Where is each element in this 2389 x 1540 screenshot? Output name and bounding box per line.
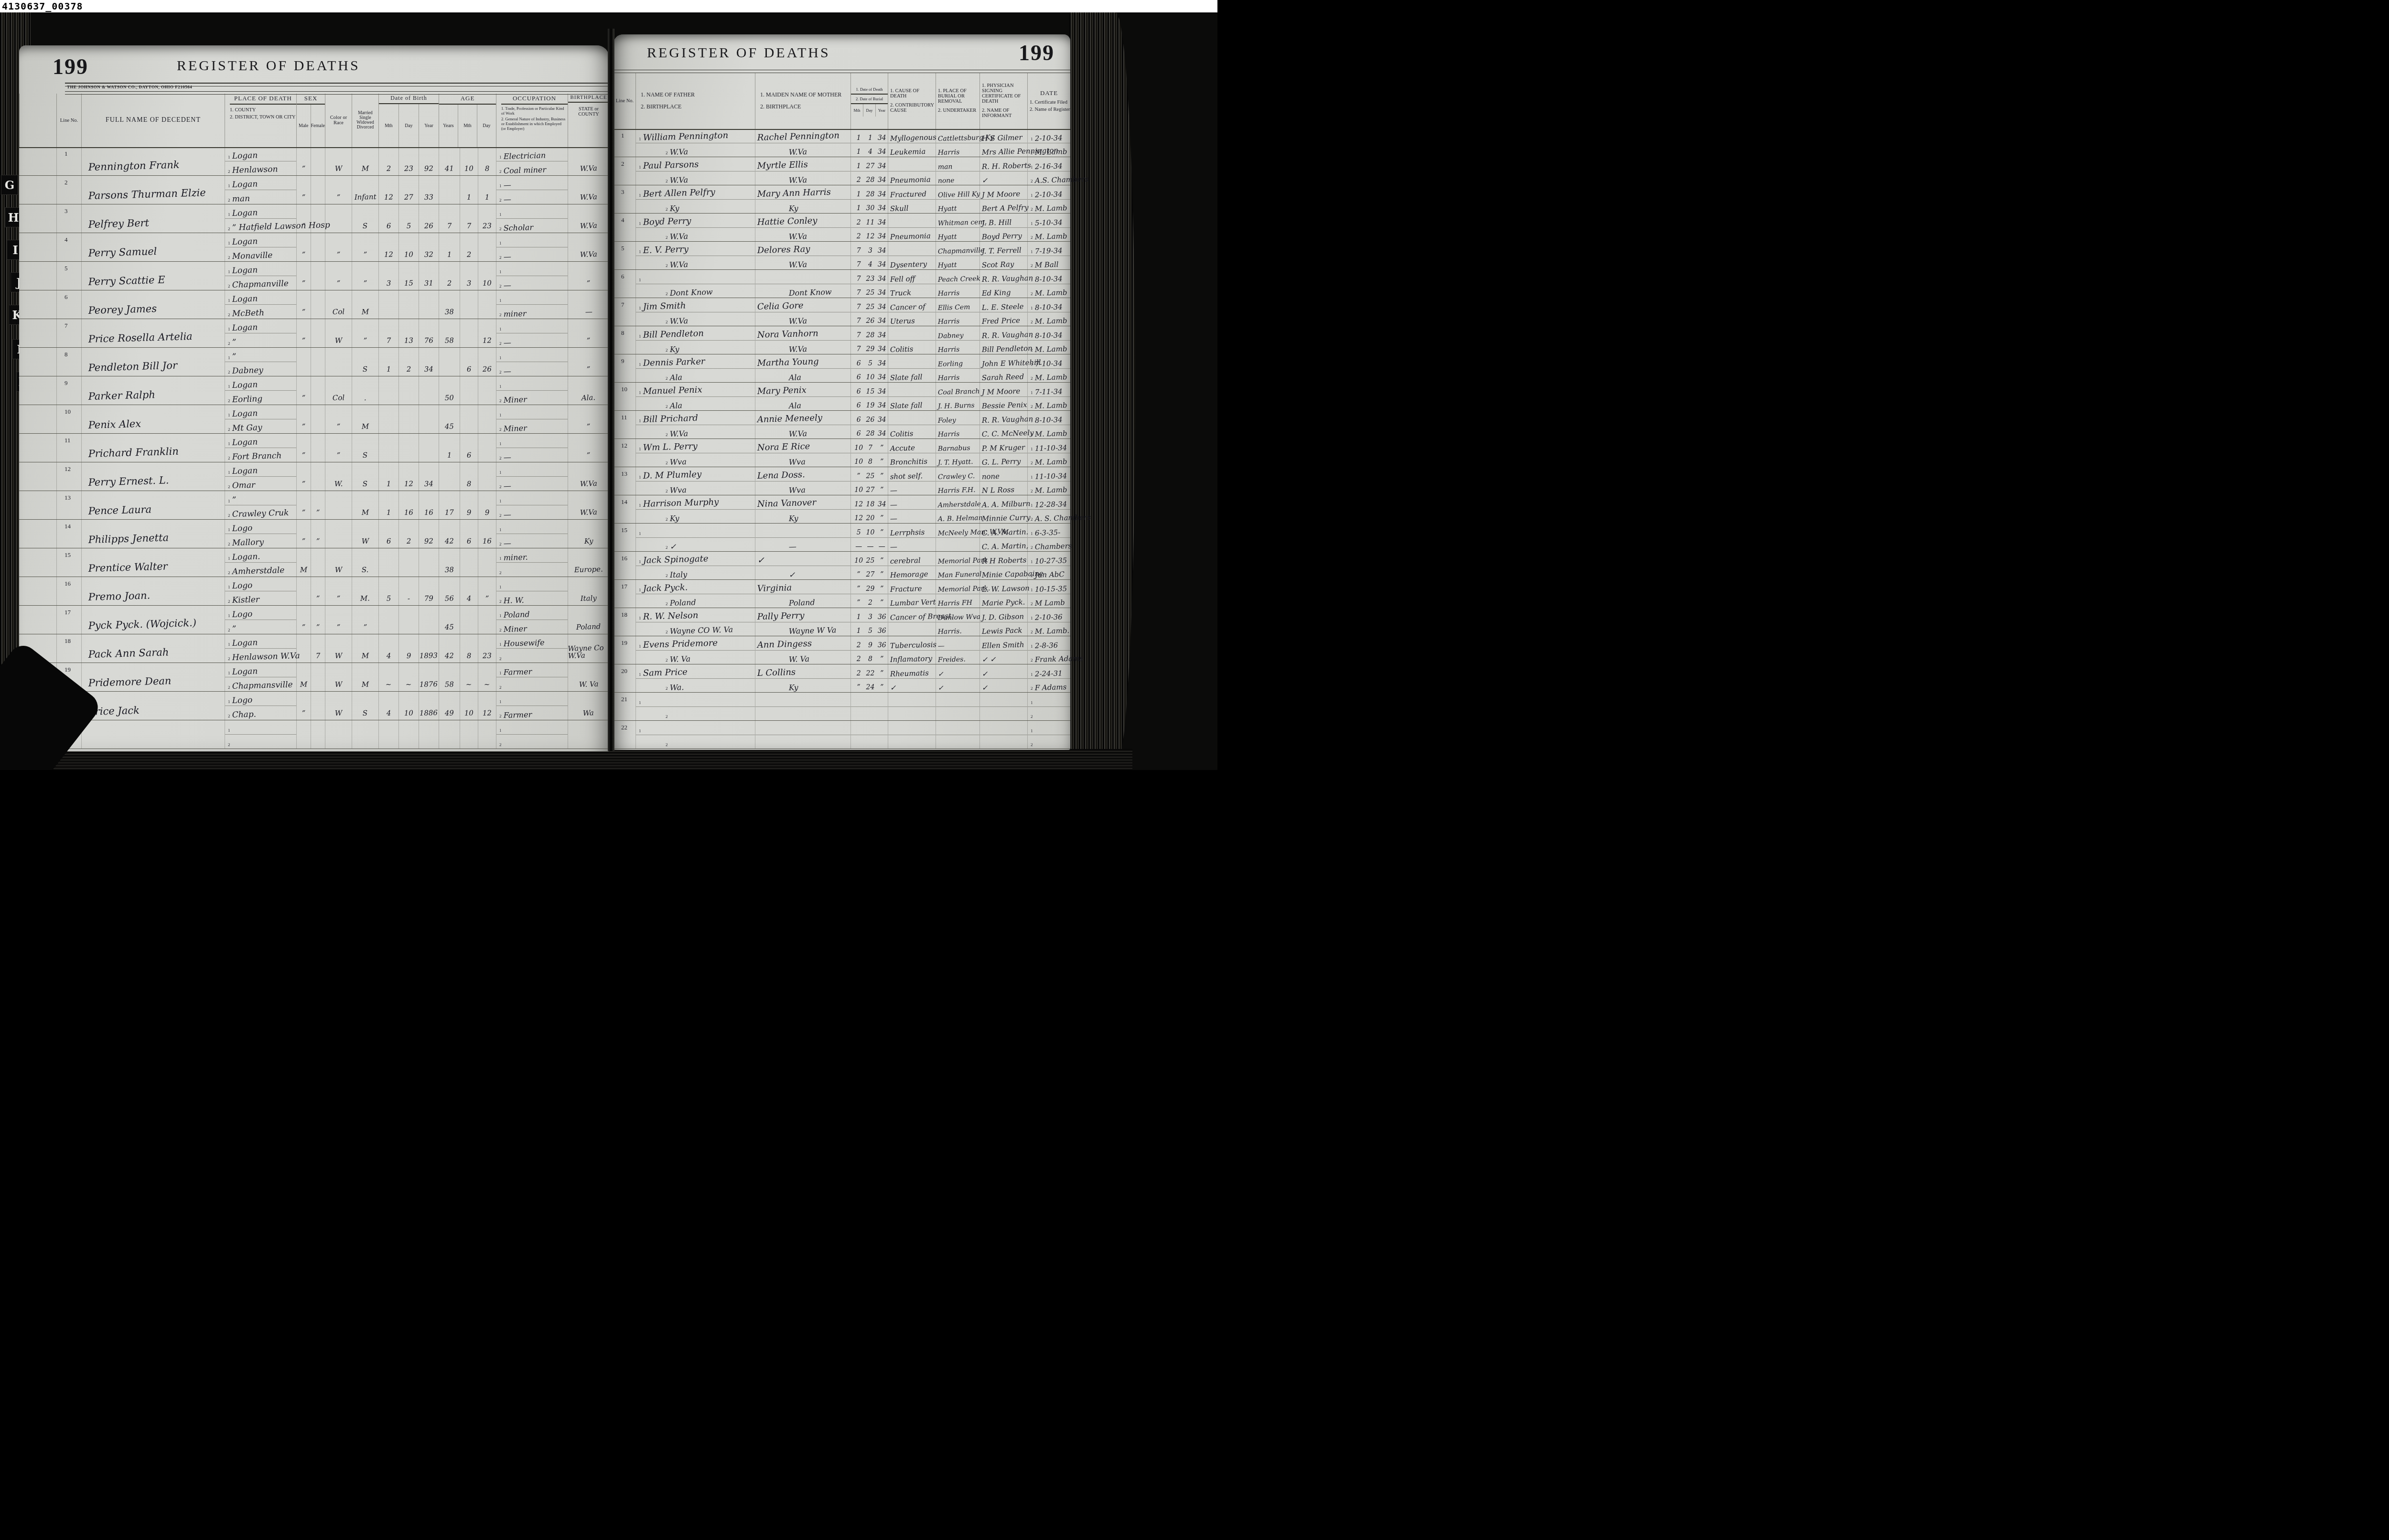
age-days [478,434,496,462]
occupation-trade: 1 [496,491,568,505]
handwritten-value: ” [880,458,883,466]
undertaker: Harris. [936,622,979,636]
handwritten-value: ” [880,557,883,565]
handwritten-value: W.Va [580,165,597,172]
occupation-trade: 1Poland [496,606,568,620]
date-part: 1 [853,148,864,156]
primary-cause [888,383,936,397]
date-part: 25 [864,472,876,481]
age-days: 23 [478,634,496,663]
filing: 18-10-342M. Lamb [1027,270,1070,298]
handwritten-value: Parsons Thurman Elzie [88,188,206,201]
printed-line-marker: 2 [666,545,668,550]
date-trio: ——— [853,542,888,551]
burial: Crawley C.Harris F.H. [936,467,979,495]
date-part: 12 [864,232,876,241]
color-race-value: Col [325,290,352,319]
handwritten-value: ” [301,251,305,258]
handwritten-value: S [363,481,368,488]
register-name: 2M. Lamb. [1028,622,1070,636]
handwritten-value: 25 [866,472,875,480]
handwritten-value: 16 [483,537,492,545]
line-number: 4 [56,233,81,261]
printed-line-marker: 2 [666,489,668,493]
handwritten-value: 5-10-34 [1034,219,1062,227]
physician-name: Ellen Smith [980,636,1027,651]
handwritten-value: - [408,595,410,602]
date-trio: 21234 [853,232,888,241]
handwritten-value: Pneumonia [890,233,931,241]
handwritten-value: Logan [232,410,258,418]
mother-birthplace: W.Va [755,143,850,157]
decedent-name: Parker Ralph [81,376,225,405]
occupation: 1Electrician2Coal miner [496,147,568,175]
primary-cause: Lerrphsis [888,524,936,538]
handwritten-value: — [503,368,511,375]
handwritten-value: 34 [878,360,886,367]
handwritten-value: 23 [483,222,492,230]
handwritten-value: 34 [878,416,886,424]
line-number-text: 14 [57,520,81,530]
line-number: 19 [613,636,635,664]
line-number-text: 5 [613,242,635,252]
cause-of-death: Lerrphsis— [888,524,936,551]
occupation-trade: 1 [496,520,568,534]
marital-status-value: S [352,434,378,462]
date-part: 7 [853,275,864,283]
physician-informant: R. R. VaughanEd King [979,270,1027,298]
handwritten-value: 2 [857,233,861,240]
marital-status-value: S [352,692,378,720]
age-months: 6 [460,434,478,462]
informant-name: C. C. McNeely [980,425,1027,439]
handwritten-value: 8 [466,652,471,660]
informant-name: Bert A Pelfry [980,200,1027,214]
printed-line-marker: 1 [499,355,502,360]
date-part: 1 [864,134,876,142]
register-row: 211212 [613,693,1070,721]
occupation: 12Miner [496,405,568,433]
certificate-filed-date: 18-10-34 [1028,298,1070,312]
date-part: 10 [853,486,864,494]
contributory-cause: Pneumonia [888,171,936,185]
col-informant: 2. NAME OF INFORMANT [982,108,1027,118]
handwritten-value: ” [880,514,883,522]
printed-line-marker: 2 [228,198,230,203]
death-burial-dates: 2113421234 [850,214,888,241]
row-margin [19,147,56,175]
father-name: 1E. V. Perry [636,242,755,256]
occupation: 1Farmer2 [496,663,568,691]
date-trio: 61934 [853,401,888,410]
date-of-death: 72534 [851,298,888,312]
date-part: ” [876,486,888,494]
handwritten-value: 11 [866,219,875,226]
dob-part: 1 [378,462,398,491]
line-number-text: 10 [57,405,81,416]
dob-part [398,290,419,319]
line-number-text: 4 [57,233,81,244]
col-date-of-death: 1. Date of Death [851,85,888,95]
dob-part: 4 [378,692,398,720]
sex-male-mark: ” [296,520,311,548]
cause-of-death: FracturedSkull [888,185,936,213]
father: 1William Pennington2W.Va [635,129,755,157]
dob-part [378,548,398,577]
date-of-burial: 72534 [851,284,888,298]
date-part: 1 [853,627,864,635]
place-of-death: 1Logan2” [225,319,296,347]
sex-male-mark: ” [296,606,311,634]
handwritten-value: ” [336,280,340,287]
age-days [478,290,496,319]
printed-line-marker: 1 [228,298,230,303]
printed-line-marker: 2 [666,207,668,212]
burial: Dunlow WvaHarris. [936,608,979,636]
dob-part: 79 [419,577,439,605]
dob-part [378,376,398,405]
handwritten-value: ” [316,595,320,602]
line-number-text: 3 [613,185,635,196]
handwritten-value: Miner [503,396,527,404]
handwritten-value: W.Va [789,233,807,241]
informant-name: Fred Price [980,312,1027,326]
handwritten-value: Chapmanville [232,280,289,289]
dob-part: ~ [378,663,398,691]
printed-line-marker: 1 [499,298,502,303]
printed-line-marker: 2 [666,432,668,437]
dob-part [419,405,439,433]
left-page: 199 REGISTER OF DEATHS THE JOHNSON & WAT… [19,45,609,751]
printed-line-marker: 2 [228,656,230,661]
col-marital: Married Single Widowed Divorced [352,111,378,130]
age-months [460,376,478,405]
date-part: 9 [864,641,876,650]
age-days [478,462,496,491]
handwritten-value: M. [360,595,370,602]
handwritten-value: Dont Know [669,288,712,297]
col-undertaker: 2. UNDERTAKER [938,108,976,113]
burial: AmherstdaleA. B. Helman [936,495,979,523]
date-of-burial: 108” [851,453,888,467]
handwritten-value: 8-10-34 [1034,416,1062,424]
handwritten-value: Dennis Parker [643,357,705,368]
date-part: 7 [853,317,864,325]
handwritten-value: Poland [669,599,696,607]
place-county: 1Logan [225,262,296,276]
date-part: 24 [864,683,876,692]
place-of-death: 1Logan2Monaville [225,233,296,261]
mother-maiden-name: Ann Dingess [755,636,850,651]
handwritten-value: ” [587,366,591,373]
handwritten-value: ✓ [890,684,896,692]
mother: Myrtle EllisW.Va [755,157,850,185]
printed-line-marker: 2 [1031,207,1033,212]
handwritten-value: Colitis [890,346,914,353]
register-name: 2M. Lamb [1028,284,1070,298]
handwritten-value: W.Va [669,430,688,438]
mother-maiden-name: Annie Meneely [755,411,850,425]
informant-name: C. A. Martin, [980,538,1027,552]
dob-part: 12 [398,462,419,491]
handwritten-value: W.Va [789,317,807,325]
age-days [478,376,496,405]
printed-line-marker: 1 [639,165,641,170]
line-number-text: 17 [57,606,81,616]
contributory-cause: Hemorage [888,566,936,580]
handwritten-value: W. Va [669,655,690,663]
handwritten-value: 34 [878,303,886,311]
handwritten-value: 10-15-35 [1034,585,1067,593]
handwritten-value: Marie Pyck. [982,599,1025,607]
handwritten-value: 2-24-31 [1034,670,1062,678]
handwritten-value: Dabney [232,366,263,375]
handwritten-value: Dabney [938,332,964,339]
handwritten-value: 15 [866,388,875,396]
certificate-filed-date: 12-24-31 [1028,664,1070,679]
date-of-death [851,693,888,707]
handwritten-value: ” [363,624,367,631]
handwritten-value: Harris [938,318,960,325]
register-name: 2M. Lamb [1028,453,1070,467]
contributory-cause: — [888,510,936,524]
handwritten-value: Logan. [232,553,260,562]
handwritten-value: man [938,163,953,171]
birthplace-value: W.Va [568,462,609,491]
handwritten-value: 1 [447,452,452,459]
occupation: 1Housewife2 [496,634,568,663]
handwritten-value: Europe. [574,566,603,574]
handwritten-value: 28 [866,332,875,339]
sex-male-mark: ” [296,290,311,319]
birthplace-value: Poland [568,606,609,634]
age-years: 58 [439,663,460,691]
sex-female-mark [311,147,325,175]
place-of-burial: Olive Hill Ky [936,185,979,200]
handwritten-value: 8 [868,458,872,466]
occupation: 12miner [496,290,568,319]
handwritten-value: ” [301,280,305,287]
father-birthplace: 2W.Va [636,425,755,439]
date-part: 7 [853,345,864,353]
occupation-trade: 1Electrician [496,147,568,161]
handwritten-value: M [300,681,307,688]
line-number-text: 10 [613,383,635,393]
printed-line-marker: 1 [639,221,641,226]
handwritten-value: Logo [232,524,252,533]
register-name: 2M. Lamb [1028,481,1070,495]
date-part: 8 [864,655,876,663]
line-number-text: 11 [57,434,81,444]
cause-of-death: Pneumonia [888,157,936,185]
col-age-mth: Mth [458,105,477,147]
handwritten-value: 7 [386,337,391,344]
line-number: 10 [56,405,81,433]
decedent-name: Pyck Pyck. (Wojcick.) [81,606,225,634]
line-number-text: 21 [613,693,635,703]
date-part: 28 [864,176,876,184]
mother-birthplace: — [755,538,850,552]
place-of-death: 1Logan.2Amherstdale [225,548,296,577]
handwritten-value: S [363,223,368,230]
date-part: ” [876,472,888,481]
date-part: 1 [853,204,864,213]
row-margin [19,462,56,491]
occupation-trade: 1 [496,319,568,333]
handwritten-value: 2 [868,599,872,607]
printed-line-marker: 1 [1031,559,1033,564]
handwritten-value: 34 [878,402,886,409]
handwritten-value: 6 [466,452,471,459]
date-part: ” [876,528,888,537]
printed-line-marker: 1 [1031,249,1033,254]
register-row: 16Premo Joan.1Logo2Kistler””M.5-79564”12… [19,577,609,606]
col-date-of-birth: Date of Birth [379,94,439,104]
col-place-of-burial: 1. PLACE OF BURIAL OR REMOVAL [938,88,979,108]
handwritten-value: W.Va [580,480,597,488]
mother: Martha YoungAla [755,354,850,382]
handwritten-value: 34 [878,275,886,283]
age-days: 16 [478,520,496,548]
handwritten-value: M [361,509,369,516]
row-margin [19,491,56,519]
line-number: 1 [56,147,81,175]
age-years: 2 [439,262,460,290]
informant-name: Marie Pyck. [980,594,1027,608]
printed-line-marker: 1 [639,588,641,592]
printed-line-marker: 1 [1031,447,1033,451]
date-part: 10 [864,373,876,382]
place-of-burial: Peach Creek [936,270,979,284]
date-part: 34 [876,260,888,269]
handwritten-value: — [938,642,945,649]
handwritten-value: 20 [866,514,875,522]
primary-cause: Fell off [888,270,936,284]
mother: Ann DingessW. Va [755,636,850,664]
register-row: 101Manuel Penix2AlaMary PenixAla61534619… [613,383,1070,411]
age-months [460,548,478,577]
date-of-burial: 61034 [851,369,888,383]
handwritten-value: ” [316,624,320,631]
primary-cause [888,354,936,369]
decedent-name: Premo Joan. [81,577,225,605]
handwritten-value: 34 [878,388,886,396]
certificate-filed-date: 18-10-34 [1028,270,1070,284]
register-row: 1Pennington Frank1Logan2Henlawson”WM2239… [19,147,609,176]
marital-status-value: W [352,520,378,548]
row-margin [19,176,56,204]
line-number-text: 9 [57,376,81,387]
handwritten-value: 3 [868,247,872,255]
handwritten-value: 92 [424,165,434,172]
place-of-burial: McNeely Man. W.VA. [936,524,979,538]
place-county: 1Logo [225,692,296,706]
primary-cause: Rheumatis [888,664,936,679]
printed-line-marker: 1 [499,527,502,532]
handwritten-value: ✓ [669,543,676,551]
handwritten-value: ” [587,452,591,459]
handwritten-value: 11-10-34 [1034,472,1067,481]
place-of-burial: Dabney [936,326,979,341]
father: 12 [635,721,755,749]
printed-line-marker: 1 [639,672,641,677]
handwritten-value: 5 [857,529,861,536]
informant-name: Minnie Curry [980,510,1027,524]
handwritten-value: 9 [466,509,471,516]
line-number: 2 [613,157,635,185]
handwritten-value: ” [301,165,305,172]
father-birthplace: 2 [636,707,755,721]
handwritten-value: — [890,501,897,508]
date-part: 28 [864,429,876,438]
handwritten-value: 92 [424,537,434,545]
handwritten-value: Logan [232,639,258,648]
decedent-name: Pack Ann Sarah [81,634,225,663]
handwritten-value: 7 [857,317,861,325]
dob-part [419,720,439,749]
mother-birthplace: Ky [755,679,850,693]
death-burial-dates: 1218341220” [850,495,888,523]
date-trio: 1220” [853,514,888,523]
place-county: 1Logan [225,634,296,649]
age-days: ” [478,577,496,605]
certificate-filed-date: 110-15-35 [1028,580,1070,594]
handwritten-value: Kistler [232,596,259,605]
sex-male-mark [296,577,311,605]
handwritten-value: J. T. Hyatt. [938,459,973,466]
handwritten-value: M [361,309,369,316]
handwritten-value: Ky [669,345,679,353]
handwritten-value: Ala [789,402,802,410]
printed-line-marker: 2 [1031,573,1033,578]
father-birthplace: 2Poland [636,594,755,608]
date-trio: 72834 [853,331,888,340]
handwritten-value: 4 [386,710,391,717]
printed-line-marker: 2 [666,404,668,409]
burial: McNeely Man. W.VA. [936,524,979,551]
handwritten-value: Man Funeral [938,571,982,579]
occupation-industry: 2Farmer [496,706,568,720]
father: 1Jack Pyck.2Poland [635,580,755,608]
mother-maiden-name: Martha Young [755,354,850,369]
death-burial-dates [850,693,888,720]
date-part: 12 [853,514,864,523]
handwritten-value: M [361,165,369,172]
burial: Whitman cem.Hyatt [936,214,979,241]
father-name: 1Manuel Penix [636,383,755,397]
line-number-text: 6 [57,290,81,301]
date-part: 34 [876,500,888,509]
handwritten-value: — [890,487,897,494]
handwritten-value: Harris [938,346,960,353]
printed-line-marker: 2 [499,312,502,317]
page-title-right: REGISTER OF DEATHS [647,45,830,61]
printed-line-marker: 2 [666,601,668,606]
handwritten-value: Penix Alex [88,419,141,430]
handwritten-value: 42 [445,652,454,660]
handwritten-value: Dont Know [789,288,832,297]
printed-line-marker: 1 [499,499,502,503]
burial: DabneyHarris [936,326,979,354]
undertaker: Man Funeral [936,566,979,580]
handwritten-value: Rachel Pennington [757,131,839,142]
place-of-death: 1Logo2Mallory [225,520,296,548]
date-part: 10 [864,528,876,537]
col-sex: SEX [297,94,325,105]
contributory-cause: Colitis [888,425,936,439]
mother: Celia GoreW.Va [755,298,850,326]
physician-name: ✓ [980,664,1027,679]
